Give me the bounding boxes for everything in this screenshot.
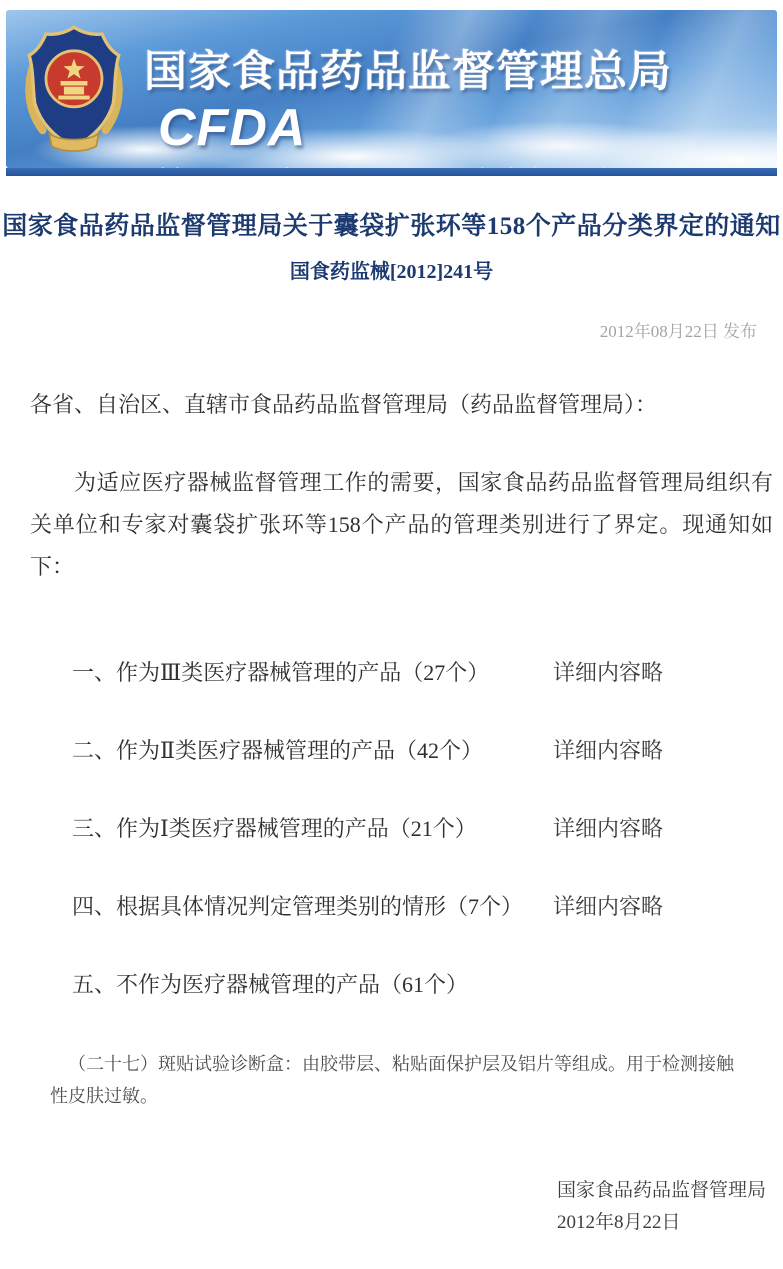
section-note: 详细内容略 (553, 892, 663, 922)
site-banner: 国家食品药品监督管理总局CFDA China Food and Drug Adm… (6, 10, 777, 168)
section-list: 一、作为Ⅲ类医疗器械管理的产品（27个） 详细内容略 二、作为Ⅱ类医疗器械管理的… (30, 658, 773, 1000)
section-item-4: 四、根据具体情况判定管理类别的情形（7个） 详细内容略 (30, 892, 773, 922)
cfda-badge-icon (18, 22, 130, 158)
signature-date: 2012年8月22日 (557, 1207, 766, 1239)
notice-body: 各省、自治区、直辖市食品药品监督管理局（药品监督管理局）： 为适应医疗器械监督管… (0, 390, 783, 1112)
publish-date: 2012年08月22日 发布 (0, 320, 783, 344)
section-item-1: 一、作为Ⅲ类医疗器械管理的产品（27个） 详细内容略 (30, 658, 773, 688)
section-label: 一、作为Ⅲ类医疗器械管理的产品（27个） (72, 660, 489, 685)
section-label: 三、作为Ⅰ类医疗器械管理的产品（21个） (72, 816, 477, 841)
banner-text-block: 国家食品药品监督管理总局CFDA China Food and Drug Adm… (144, 48, 777, 168)
section-item-3: 三、作为Ⅰ类医疗器械管理的产品（21个） 详细内容略 (30, 814, 773, 844)
section-note: 详细内容略 (553, 736, 663, 766)
intro-paragraph: 为适应医疗器械监督管理工作的需要，国家食品药品监督管理局组织有关单位和专家对囊袋… (30, 462, 773, 588)
section-note: 详细内容略 (553, 814, 663, 844)
section-item-2: 二、作为Ⅱ类医疗器械管理的产品（42个） 详细内容略 (30, 736, 773, 766)
org-name-en: China Food and Drug Administration (144, 166, 777, 168)
section-label: 二、作为Ⅱ类医疗器械管理的产品（42个） (72, 738, 483, 763)
section-item-5: 五、不作为医疗器械管理的产品（61个） (30, 970, 773, 1000)
section-note: 详细内容略 (553, 658, 663, 688)
org-name-cn: 国家食品药品监督管理总局 (144, 48, 672, 98)
detail-item-27: （二十七）斑贴试验诊断盒：由胶带层、粘贴面保护层及铝片等组成。用于检测接触性皮肤… (50, 1048, 743, 1112)
section-label: 四、根据具体情况判定管理类别的情形（7个） (72, 894, 523, 919)
section-label: 五、不作为医疗器械管理的产品（61个） (72, 972, 468, 997)
banner-divider-strip (6, 168, 777, 176)
notice-title: 国家食品药品监督管理局关于囊袋扩张环等158个产品分类界定的通知 (0, 210, 783, 244)
salutation: 各省、自治区、直辖市食品药品监督管理局（药品监督管理局）： (30, 390, 773, 420)
doc-number: 国食药监械[2012]241号 (0, 258, 783, 286)
signature-org: 国家食品药品监督管理局 (557, 1175, 766, 1207)
signature-block: 国家食品药品监督管理局 2012年8月22日 (557, 1175, 766, 1239)
org-abbr-cfda: CFDA (158, 98, 306, 158)
